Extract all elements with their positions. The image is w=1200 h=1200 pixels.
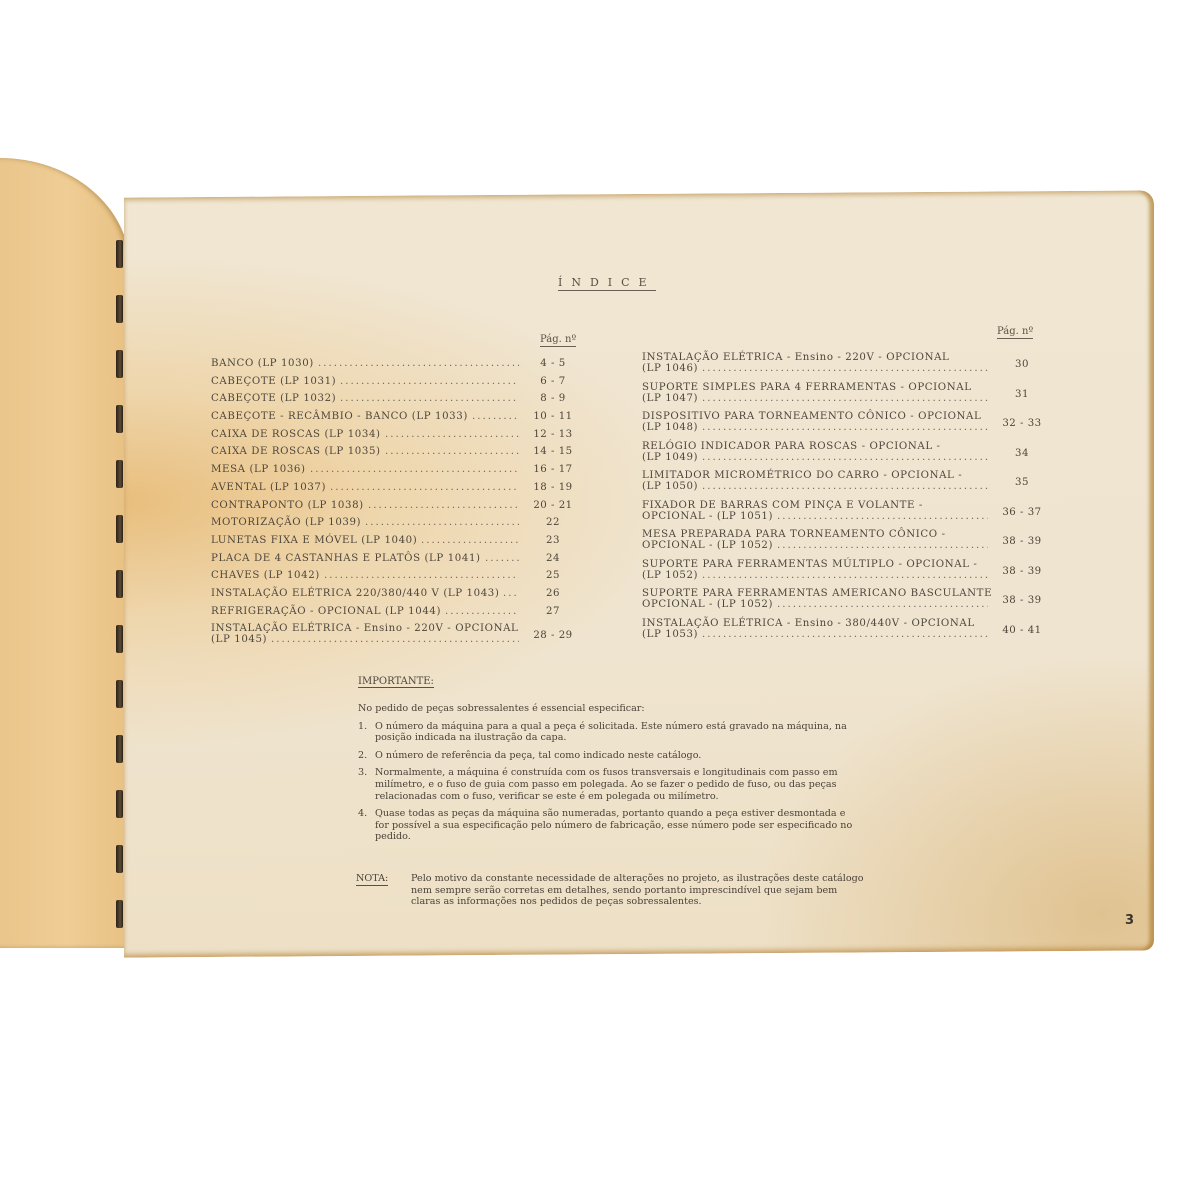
item-text: Normalmente, a máquina é construída com … (375, 767, 838, 801)
toc-entry: MESA PREPARADA PARA TORNEAMENTO CÔNICO -… (642, 529, 1062, 559)
important-item: 2.O número de referência da peça, tal co… (358, 750, 858, 762)
toc-entry-title: INSTALAÇÃO ELÉTRICA - Ensino - 220V - OP… (211, 623, 518, 634)
binding-coil (116, 900, 123, 928)
nota-text: Pelo motivo da constante necessidade de … (411, 873, 866, 908)
toc-entry: REFRIGERAÇÃO - OPCIONAL (LP 1044).......… (211, 606, 591, 624)
toc-entry-page: 32 - 33 (992, 418, 1052, 429)
important-list: 1.O número da máquina para a qual a peça… (358, 721, 858, 843)
toc-entry-code: (LP 1052) (642, 570, 698, 581)
toc-entry-title: LUNETAS FIXA E MÓVEL (LP 1040) (211, 535, 417, 546)
toc-entry: INSTALAÇÃO ELÉTRICA - Ensino - 220V - OP… (211, 623, 591, 653)
toc-entry: LUNETAS FIXA E MÓVEL (LP 1040)..........… (211, 535, 591, 553)
item-number: 4. (358, 808, 367, 820)
page-number: 3 (1125, 913, 1134, 928)
toc-entry: MOTORIZAÇÃO (LP 1039)...................… (211, 517, 591, 535)
toc-entry: CAIXA DE ROSCAS (LP 1034)...............… (211, 429, 591, 447)
binding-coil (116, 845, 123, 873)
toc-entry-page: 34 (992, 448, 1052, 459)
toc-entry: INSTALAÇÃO ELÉTRICA - Ensino - 380/440V … (642, 618, 1062, 648)
item-text: O número de referência da peça, tal como… (375, 750, 701, 761)
toc-entry-title: CABEÇOTE - RECÂMBIO - BANCO (LP 1033) (211, 411, 468, 422)
binding-coil (116, 735, 123, 763)
important-item: 4.Quase todas as peças da máquina são nu… (358, 808, 858, 843)
important-heading: IMPORTANTE: (358, 676, 434, 688)
dot-leader: ........................................… (702, 363, 988, 375)
toc-entry-page: 27 (523, 606, 583, 617)
toc-entry: SUPORTE SIMPLES PARA 4 FERRAMENTAS - OPC… (642, 382, 1062, 412)
toc-entry-title: MESA (LP 1036) (211, 464, 306, 475)
toc-entry-page: 20 - 21 (523, 500, 583, 511)
spiral-binding (114, 240, 130, 960)
toc-entry-page: 38 - 39 (992, 566, 1052, 577)
toc-entry-title: CHAVES (LP 1042) (211, 570, 320, 581)
binding-coil (116, 515, 123, 543)
item-number: 1. (358, 721, 367, 733)
toc-entry: PLACA DE 4 CASTANHAS E PLATÔS (LP 1041).… (211, 553, 591, 571)
toc-entry-page: 28 - 29 (523, 630, 583, 641)
toc-entry: CABEÇOTE (LP 1032)......................… (211, 393, 591, 411)
dot-leader: ........................................… (702, 629, 988, 641)
nota-label: NOTA: (356, 873, 388, 886)
toc-entry-page: 24 (523, 553, 583, 564)
toc-entry: SUPORTE PARA FERRAMENTAS AMERICANO BASCU… (642, 588, 1062, 618)
dot-leader: ........................................… (365, 517, 519, 529)
toc-entry: CONTRAPONTO (LP 1038)...................… (211, 500, 591, 518)
dot-leader: ........................................… (777, 599, 988, 611)
toc-entry-code: (LP 1049) (642, 452, 698, 463)
important-intro: No pedido de peças sobressalentes é esse… (358, 703, 858, 715)
index-title: ÍNDICE (558, 276, 656, 291)
toc-entry-title: SUPORTE PARA FERRAMENTAS AMERICANO BASCU… (642, 588, 992, 599)
toc-entry-page: 30 (992, 359, 1052, 370)
dot-leader: ........................................… (340, 376, 519, 388)
dot-leader: ........................................… (472, 411, 519, 423)
toc-entry-title: INSTALAÇÃO ELÉTRICA - Ensino - 380/440V … (642, 618, 975, 629)
dot-leader: ........................................… (702, 481, 988, 493)
dot-leader: ........................................… (318, 358, 519, 370)
page-column-header-right: Pág. nº (997, 326, 1033, 339)
toc-entry-page: 25 (523, 570, 583, 581)
binding-coil (116, 680, 123, 708)
left-page (0, 158, 130, 948)
important-item: 3.Normalmente, a máquina é construída co… (358, 767, 858, 802)
dot-leader: ........................................… (310, 464, 519, 476)
binding-coil (116, 790, 123, 818)
dot-leader: ........................................… (368, 500, 519, 512)
toc-entry-title: INSTALAÇÃO ELÉTRICA 220/380/440 V (LP 10… (211, 588, 499, 599)
dot-leader: ........................................… (340, 393, 519, 405)
page-column-header-left: Pág. nº (540, 334, 576, 347)
toc-entry-page: 10 - 11 (523, 411, 583, 422)
dot-leader: ........................................… (702, 570, 988, 582)
item-text: O número da máquina para a qual a peça é… (375, 721, 847, 744)
dot-leader: ........................................… (330, 482, 519, 494)
toc-entry-title: SUPORTE SIMPLES PARA 4 FERRAMENTAS - OPC… (642, 382, 972, 393)
nota-block: NOTA: Pelo motivo da constante necessida… (356, 873, 866, 908)
toc-left-column: BANCO (LP 1030).........................… (211, 358, 591, 653)
toc-entry-title: FIXADOR DE BARRAS COM PINÇA E VOLANTE - (642, 500, 923, 511)
dot-leader: ........................................… (385, 446, 519, 458)
dot-leader: ........................................… (702, 422, 988, 434)
toc-entry-code: (LP 1047) (642, 393, 698, 404)
toc-entry-title: PLACA DE 4 CASTANHAS E PLATÔS (LP 1041) (211, 553, 481, 564)
binding-coil (116, 350, 123, 378)
toc-entry-title: AVENTAL (LP 1037) (211, 482, 326, 493)
toc-entry-page: 36 - 37 (992, 507, 1052, 518)
toc-entry-code: (LP 1045) (211, 634, 267, 645)
toc-entry-code: (LP 1050) (642, 481, 698, 492)
dot-leader: ........................................… (485, 553, 519, 565)
item-number: 2. (358, 750, 367, 762)
toc-entry-code: (LP 1053) (642, 629, 698, 640)
toc-entry-page: 18 - 19 (523, 482, 583, 493)
toc-entry-page: 6 - 7 (523, 376, 583, 387)
toc-entry: CHAVES (LP 1042)........................… (211, 570, 591, 588)
toc-entry: RELÓGIO INDICADOR PARA ROSCAS - OPCIONAL… (642, 441, 1062, 471)
toc-entry-title: INSTALAÇÃO ELÉTRICA - Ensino - 220V - OP… (642, 352, 949, 363)
toc-entry-page: 31 (992, 389, 1052, 400)
toc-entry-title: RELÓGIO INDICADOR PARA ROSCAS - OPCIONAL… (642, 441, 941, 452)
important-item: 1.O número da máquina para a qual a peça… (358, 721, 858, 744)
toc-entry-page: 26 (523, 588, 583, 599)
toc-entry-page: 22 (523, 517, 583, 528)
toc-entry: FIXADOR DE BARRAS COM PINÇA E VOLANTE -O… (642, 500, 1062, 530)
dot-leader: ........................................… (503, 588, 519, 600)
toc-entry-code: (LP 1046) (642, 363, 698, 374)
toc-entry-title: BANCO (LP 1030) (211, 358, 314, 369)
toc-entry-page: 35 (992, 477, 1052, 488)
toc-entry: BANCO (LP 1030).........................… (211, 358, 591, 376)
binding-coil (116, 625, 123, 653)
toc-entry: CABEÇOTE - RECÂMBIO - BANCO (LP 1033)...… (211, 411, 591, 429)
dot-leader: ........................................… (702, 393, 988, 405)
toc-entry-title: REFRIGERAÇÃO - OPCIONAL (LP 1044) (211, 606, 441, 617)
dot-leader: ........................................… (324, 570, 519, 582)
toc-entry-page: 38 - 39 (992, 595, 1052, 606)
toc-entry: CABEÇOTE (LP 1031)......................… (211, 376, 591, 394)
toc-entry-page: 8 - 9 (523, 393, 583, 404)
toc-entry: MESA (LP 1036)..........................… (211, 464, 591, 482)
toc-entry-code: (LP 1048) (642, 422, 698, 433)
toc-entry: INSTALAÇÃO ELÉTRICA 220/380/440 V (LP 10… (211, 588, 591, 606)
item-number: 3. (358, 767, 367, 779)
dot-leader: ........................................… (777, 540, 988, 552)
toc-entry-page: 16 - 17 (523, 464, 583, 475)
toc-entry: SUPORTE PARA FERRAMENTAS MÚLTIPLO - OPCI… (642, 559, 1062, 589)
toc-entry-title: SUPORTE PARA FERRAMENTAS MÚLTIPLO - OPCI… (642, 559, 977, 570)
toc-entry: INSTALAÇÃO ELÉTRICA - Ensino - 220V - OP… (642, 352, 1062, 382)
dot-leader: ........................................… (271, 634, 519, 646)
dot-leader: ........................................… (421, 535, 519, 547)
binding-coil (116, 570, 123, 598)
toc-entry: LIMITADOR MICROMÉTRICO DO CARRO - OPCION… (642, 470, 1062, 500)
toc-entry-title: CABEÇOTE (LP 1032) (211, 393, 336, 404)
item-text: Quase todas as peças da máquina são nume… (375, 808, 852, 842)
toc-entry: AVENTAL (LP 1037).......................… (211, 482, 591, 500)
dot-leader: ........................................… (777, 511, 988, 523)
toc-entry-title: CABEÇOTE (LP 1031) (211, 376, 336, 387)
toc-right-column: INSTALAÇÃO ELÉTRICA - Ensino - 220V - OP… (642, 352, 1062, 647)
toc-entry-title: CAIXA DE ROSCAS (LP 1034) (211, 429, 381, 440)
toc-entry-code: OPCIONAL - (LP 1052) (642, 599, 773, 610)
toc-entry-page: 23 (523, 535, 583, 546)
binding-coil (116, 295, 123, 323)
binding-coil (116, 460, 123, 488)
toc-entry-title: MESA PREPARADA PARA TORNEAMENTO CÔNICO - (642, 529, 946, 540)
toc-entry-code: OPCIONAL - (LP 1052) (642, 540, 773, 551)
toc-entry-title: MOTORIZAÇÃO (LP 1039) (211, 517, 361, 528)
toc-entry-title: LIMITADOR MICROMÉTRICO DO CARRO - OPCION… (642, 470, 962, 481)
binding-coil (116, 405, 123, 433)
toc-entry: CAIXA DE ROSCAS (LP 1035)...............… (211, 446, 591, 464)
toc-entry-title: DISPOSITIVO PARA TORNEAMENTO CÔNICO - OP… (642, 411, 981, 422)
toc-entry-page: 40 - 41 (992, 625, 1052, 636)
toc-entry-code: OPCIONAL - (LP 1051) (642, 511, 773, 522)
binding-coil (116, 240, 123, 268)
toc-entry-page: 38 - 39 (992, 536, 1052, 547)
toc-entry-page: 4 - 5 (523, 358, 583, 369)
toc-entry-title: CAIXA DE ROSCAS (LP 1035) (211, 446, 381, 457)
toc-entry-page: 12 - 13 (523, 429, 583, 440)
important-body: No pedido de peças sobressalentes é esse… (358, 703, 858, 849)
dot-leader: ........................................… (702, 452, 988, 464)
toc-entry: DISPOSITIVO PARA TORNEAMENTO CÔNICO - OP… (642, 411, 1062, 441)
dot-leader: ........................................… (445, 606, 519, 618)
toc-entry-title: CONTRAPONTO (LP 1038) (211, 500, 364, 511)
toc-entry-page: 14 - 15 (523, 446, 583, 457)
dot-leader: ........................................… (385, 429, 519, 441)
